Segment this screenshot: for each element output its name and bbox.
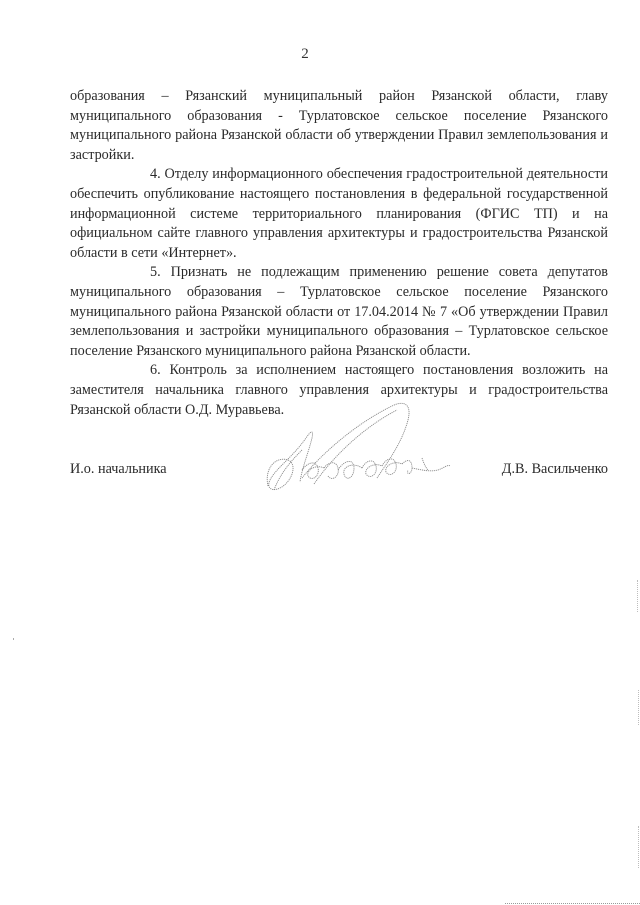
- paragraph-4: 4. Отделу информационного обеспечения гр…: [70, 165, 608, 263]
- paragraph-number: 5.: [110, 263, 161, 283]
- scan-artifact: [505, 903, 640, 904]
- paragraph-number: 4.: [110, 165, 161, 185]
- signatory-name: Д.В. Васильченко: [502, 461, 608, 478]
- signature-row: И.о. начальника Д.В. Васильченко: [70, 461, 608, 485]
- paragraph-number: 6.: [110, 361, 161, 381]
- paragraph-5: 5. Признать не подлежащим применению реш…: [70, 263, 608, 361]
- page-number: 2: [0, 46, 610, 63]
- paragraph-continuation: образования – Рязанский муниципальный ра…: [70, 87, 608, 165]
- document-body: образования – Рязанский муниципальный ра…: [70, 87, 608, 420]
- paragraph-text: образования – Рязанский муниципальный ра…: [70, 88, 608, 163]
- signatory-title: И.о. начальника: [70, 461, 167, 478]
- scan-artifact: [13, 638, 14, 640]
